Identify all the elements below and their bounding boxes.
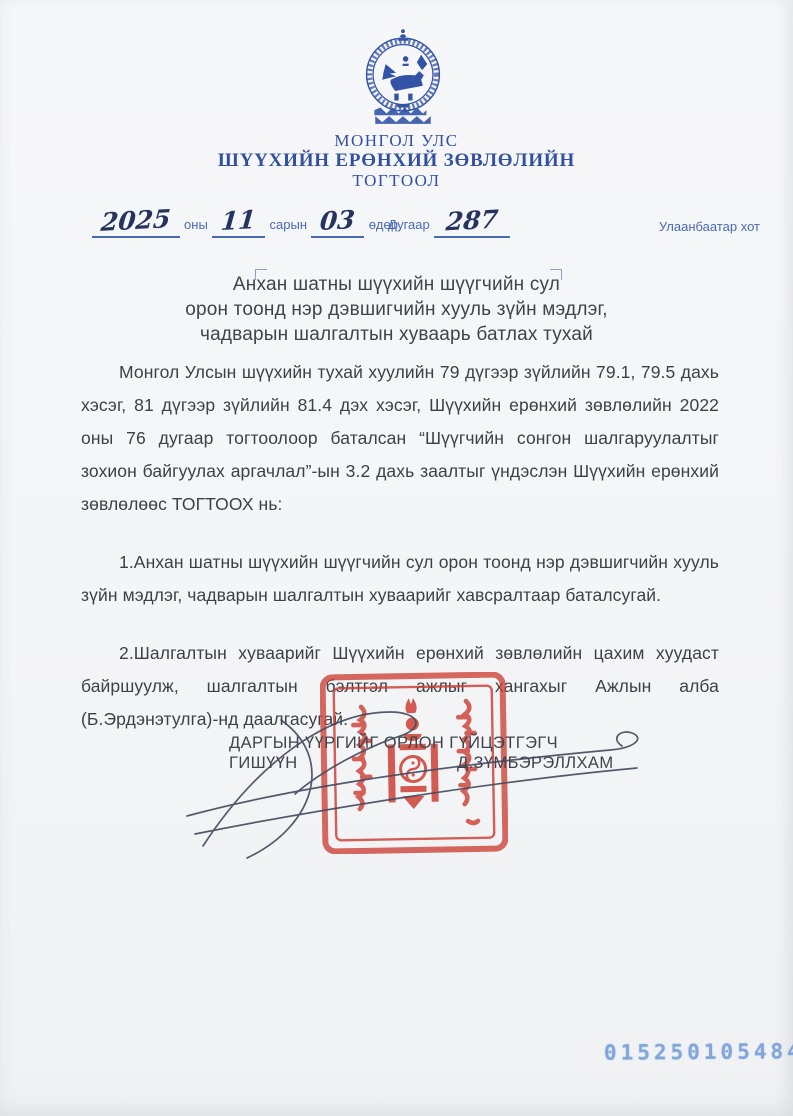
title-line: Анхан шатны шүүхийн шүүгчийн сул: [0, 272, 793, 297]
stamp-number: 015250105484: [604, 1039, 793, 1064]
number-handwritten: 287: [434, 208, 510, 238]
year-label: оны: [184, 217, 208, 232]
city-label: Улаанбаатар хот: [659, 219, 760, 234]
resolution-item-1: 1.Анхан шатны шүүхийн шүүгчийн сул орон …: [81, 546, 719, 612]
handwritten-signature-icon: [185, 676, 655, 866]
month-handwritten: 11: [212, 208, 265, 238]
document-title: Анхан шатны шүүхийн шүүгчийн сул орон то…: [0, 272, 793, 347]
signature-zone: ДАРГЫН ҮҮРГИЙГ ОРЛОН ГҮЙЦЭТГЭГЧ ГИШҮҮН Д…: [0, 660, 793, 890]
year-handwritten: 2025: [92, 208, 180, 238]
council-name: ШҮҮХИЙН ЕРӨНХИЙ ЗӨВЛӨЛИЙН: [0, 150, 793, 172]
scanned-resolution-document: МОНГОЛ УЛС ШҮҮХИЙН ЕРӨНХИЙ ЗӨВЛӨЛИЙН ТОГ…: [0, 0, 793, 1116]
title-line: орон тоонд нэр дэвшигчийн хууль зүйн мэд…: [0, 297, 793, 322]
document-type: ТОГТООЛ: [0, 171, 793, 191]
country-name: МОНГОЛ УЛС: [0, 131, 793, 151]
date-number-line: 2025 оны 11 сарын 03 өдөр Дугаар 287 Ула…: [0, 200, 793, 246]
number-group: Дугаар 287: [388, 208, 510, 238]
date-group: 2025 оны 11 сарын 03 өдөр: [92, 208, 398, 238]
month-label: сарын: [270, 217, 307, 232]
number-label: Дугаар: [388, 217, 430, 232]
title-line: чадварын шалгалтын хуваарь батлах тухай: [0, 322, 793, 347]
mongolia-state-emblem-icon: [351, 26, 455, 135]
preamble-paragraph: Монгол Улсын шүүхийн тухай хуулийн 79 дү…: [81, 356, 719, 521]
day-handwritten: 03: [311, 208, 364, 238]
